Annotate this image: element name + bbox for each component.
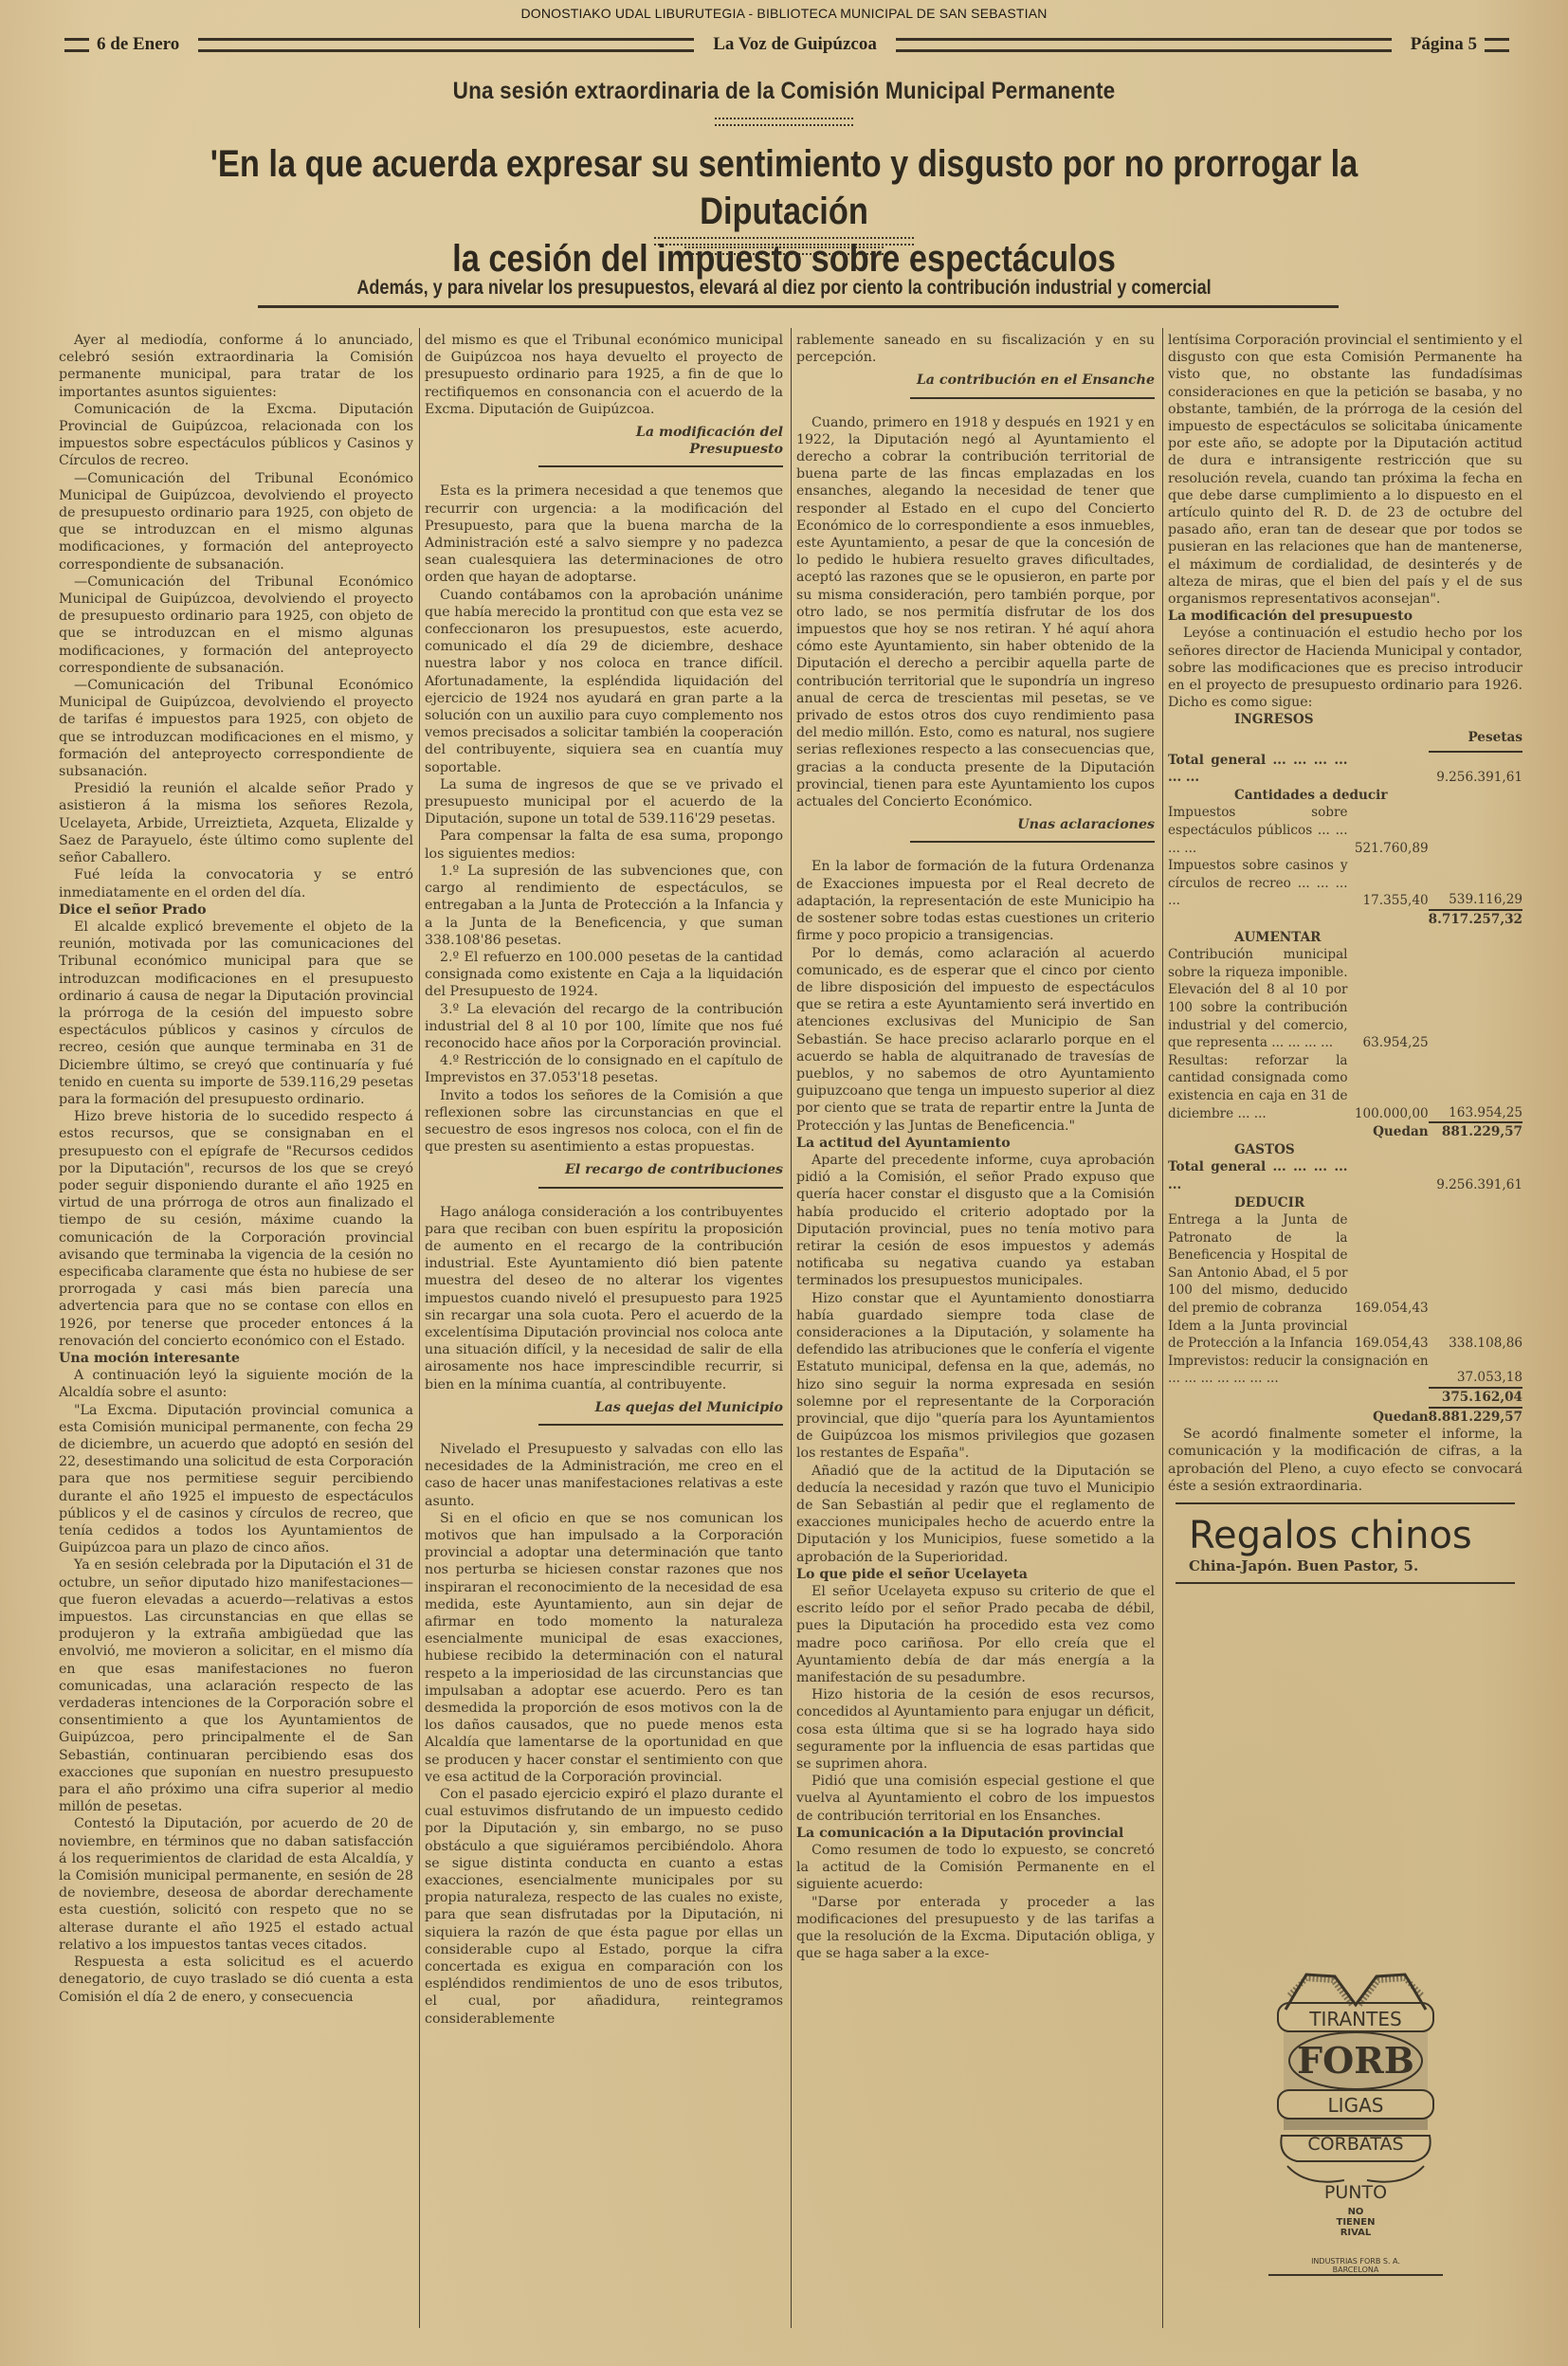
budget-total-value: 8.717.257,32 <box>1429 910 1522 929</box>
subheadline: Además, y para nivelar los presupuestos,… <box>110 277 1458 300</box>
section-heading: Dice el señor Prado <box>59 901 413 919</box>
forb-advertisement: TIRANTES FORB LIGAS CORBATAS <box>1268 1967 1443 2190</box>
budget-row-total <box>1429 804 1522 857</box>
budget-row-label: Imprevistos: reducir la consignación en … <box>1168 1353 1429 1388</box>
paragraph: Respuesta a esta solicitud es el acuerdo… <box>59 1954 413 2006</box>
paragraph: Ya en sesión celebrada por la Diputación… <box>59 1556 413 1815</box>
paragraph: Pidió que una comisión especial gestione… <box>796 1773 1155 1825</box>
kicker-headline: Una sesión extraordinaria de la Comisión… <box>79 78 1490 105</box>
paragraph: rablemente saneado en su fiscalización y… <box>796 332 1155 366</box>
budget-row-total: 338.108,86 <box>1429 1318 1522 1353</box>
svg-text:TIRANTES: TIRANTES <box>1308 2008 1401 2030</box>
budget-row-partial <box>1348 752 1429 787</box>
budget-total-label: Quedan <box>1348 1122 1429 1141</box>
budget-currency-header: Pesetas <box>1168 729 1522 752</box>
paragraph: Añadió que de la actitud de la Diputació… <box>796 1463 1155 1566</box>
italic-subheading: La modificación del Presupuesto <box>538 424 783 467</box>
paragraph: Ayer al mediodía, conforme á lo anunciad… <box>59 332 413 401</box>
forb-slogan-line: NO <box>1268 2207 1443 2217</box>
paragraph: Fué leída la convocatoria y se entró inm… <box>59 866 413 901</box>
budget-row: Total general ... ... ... ... ... ...9.2… <box>1168 752 1522 787</box>
paragraph: 2.º El refuerzo en 100.000 pesetas de la… <box>425 949 783 1001</box>
paragraph: En la labor de formación de la futura Or… <box>796 858 1155 944</box>
budget-row: Idem a la Junta provincial de Protección… <box>1168 1318 1522 1353</box>
article-column-3: rablemente saneado en su fiscalización y… <box>796 332 1155 1962</box>
section-heading: La actitud del Ayuntamiento <box>796 1135 1155 1152</box>
budget-table: INGRESOSPesetasTotal general ... ... ...… <box>1168 711 1522 1426</box>
paragraph: Como resumen de todo lo expuesto, se con… <box>796 1842 1155 1894</box>
paragraph: Invito a todos los señores de la Comisió… <box>425 1087 783 1156</box>
article-column-4: lentísima Corporación provincial el sent… <box>1168 332 1522 1592</box>
paragraph: Presidió la reunión el alcalde señor Pra… <box>59 780 413 866</box>
italic-subheading: Las quejas del Municipio <box>538 1399 783 1426</box>
budget-total-value: 881.229,57 <box>1429 1122 1522 1141</box>
subheadline-rule <box>258 305 1339 308</box>
paragraph: Nivelado el Presupuesto y salvadas con e… <box>425 1441 783 1510</box>
budget-section-label: DEDUCIR <box>1168 1194 1522 1212</box>
ornament-divider <box>684 246 884 255</box>
paragraph: El señor Ucelayeta expuso su criterio de… <box>796 1583 1155 1686</box>
paragraph: Leyóse a continuación el estudio hecho p… <box>1168 625 1522 711</box>
paragraph: Hago análoga consideración a los contrib… <box>425 1204 783 1393</box>
masthead-rule <box>1485 38 1509 52</box>
currency-label: Pesetas <box>1429 729 1522 752</box>
budget-section-heading: DEDUCIR <box>1168 1194 1522 1212</box>
paragraph: —Comunicación del Tribunal Económico Mun… <box>59 573 413 677</box>
paragraph: Para compensar la falta de esa suma, pro… <box>425 828 783 862</box>
paragraph: Esta es la primera necesidad a que tenem… <box>425 482 783 586</box>
budget-row-label: Resultas: reforzar la cantidad consignad… <box>1168 1052 1348 1122</box>
paragraph: Hizo constar que el Ayuntamiento donosti… <box>796 1290 1155 1463</box>
archive-banner: DONOSTIAKO UDAL LIBURUTEGIA - BIBLIOTECA… <box>0 6 1568 21</box>
budget-row-total: 163.954,25 <box>1429 1052 1522 1122</box>
forb-punto: PUNTO <box>1268 2182 1443 2203</box>
budget-total-row: 8.717.257,32 <box>1168 910 1522 929</box>
budget-row-label: Entrega a la Junta de Patronato de la Be… <box>1168 1211 1348 1318</box>
forb-city: BARCELONA <box>1268 2266 1443 2276</box>
svg-text:FORB: FORB <box>1297 2039 1414 2082</box>
forb-ad-footer: PUNTO NO TIENEN RIVAL INDUSTRIAS FORB S.… <box>1268 2182 1443 2276</box>
budget-total-label <box>1348 910 1429 929</box>
ad-regalos-address: China-Japón. Buen Pastor, 5. <box>1189 1557 1522 1574</box>
paragraph: Con el pasado ejercicio expiró el plazo … <box>425 1786 783 2028</box>
budget-row: Contribución municipal sobre la riqueza … <box>1168 946 1522 1052</box>
budget-row: Resultas: reforzar la cantidad consignad… <box>1168 1052 1522 1122</box>
ad-divider <box>1176 1582 1515 1584</box>
forb-maker: INDUSTRIAS FORB S. A. <box>1268 2257 1443 2266</box>
paragraph: La suma de ingresos de que se ve privado… <box>425 776 783 828</box>
budget-total-value: 8.881.229,57 <box>1429 1408 1522 1427</box>
budget-row: Total general ... ... ... ... ...9.256.3… <box>1168 1158 1522 1193</box>
ad-regalos-title: Regalos chinos <box>1189 1514 1522 1557</box>
ornament-divider <box>715 118 853 126</box>
main-headline: 'En la que acuerda expresar su sentimien… <box>142 140 1426 282</box>
budget-total-row: 375.162,04 <box>1168 1388 1522 1408</box>
paragraph: A continuación leyó la siguiente moción … <box>59 1367 413 1401</box>
paragraph: Cuando contábamos con la aprobación unán… <box>425 587 783 776</box>
svg-text:CORBATAS: CORBATAS <box>1307 2134 1403 2155</box>
section-heading: La modificación del presupuesto <box>1168 608 1522 625</box>
paragraph: Por lo demás, como aclaración al acuerdo… <box>796 945 1155 1135</box>
paragraph: Hizo breve historia de lo sucedido respe… <box>59 1108 413 1350</box>
forb-slogan-line: RIVAL <box>1268 2228 1443 2238</box>
paragraph: Hizo historia de la cesión de esos recur… <box>796 1686 1155 1773</box>
column-rule <box>419 328 420 2328</box>
budget-section-label: INGRESOS <box>1168 711 1522 729</box>
ornament-divider <box>654 237 914 246</box>
newspaper-name: La Voz de Guipúzcoa <box>713 34 877 55</box>
masthead: 6 de Enero La Voz de Guipúzcoa Página 5 <box>57 34 1517 55</box>
forb-slogan: NO TIENEN RIVAL <box>1268 2207 1443 2238</box>
budget-total-label <box>1348 1388 1429 1408</box>
budget-section-heading: INGRESOS <box>1168 711 1522 729</box>
budget-row-label: Total general ... ... ... ... ... ... <box>1168 752 1348 787</box>
headline-line-1: 'En la que acuerda expresar su sentimien… <box>142 140 1426 235</box>
budget-section-label: AUMENTAR <box>1168 929 1522 947</box>
italic-subheading: Unas aclaraciones <box>910 816 1155 843</box>
budget-row: Impuestos sobre espectáculos públicos ..… <box>1168 804 1522 857</box>
paragraph: lentísima Corporación provincial el sent… <box>1168 332 1522 608</box>
budget-row-total: 37.053,18 <box>1429 1353 1522 1388</box>
paragraph: —Comunicación del Tribunal Económico Mun… <box>59 677 413 780</box>
paragraph: Comunicación de la Excma. Diputación Pro… <box>59 401 413 470</box>
column-rule <box>1162 328 1163 2328</box>
paragraph: 4.º Restricción de lo consignado en el c… <box>425 1052 783 1086</box>
budget-row: Entrega a la Junta de Patronato de la Be… <box>1168 1211 1522 1318</box>
forb-slogan-line: TIENEN <box>1268 2217 1443 2228</box>
column-rule <box>791 328 792 2328</box>
paragraph: Cuando, primero en 1918 y después en 192… <box>796 414 1155 811</box>
budget-row: Impuestos sobre casinos y círculos de re… <box>1168 857 1522 910</box>
budget-row-label: Contribución municipal sobre la riqueza … <box>1168 946 1348 1052</box>
budget-row-partial: 169.054,43 <box>1348 1318 1429 1353</box>
svg-text:LIGAS: LIGAS <box>1328 2094 1384 2117</box>
budget-section-label: GASTOS <box>1168 1141 1522 1159</box>
masthead-rule <box>64 38 89 52</box>
budget-row-partial: 169.054,43 <box>1348 1211 1429 1318</box>
article-column-2: del mismo es que el Tribunal económico m… <box>425 332 783 2028</box>
budget-section-heading: Cantidades a deducir <box>1168 787 1522 805</box>
italic-subheading: La contribución en el Ensanche <box>910 372 1155 398</box>
paragraph: 3.º La elevación del recargo de la contr… <box>425 1001 783 1053</box>
budget-row-partial <box>1348 1158 1429 1193</box>
budget-row: Imprevistos: reducir la consignación en … <box>1168 1353 1522 1388</box>
budget-section-heading: AUMENTAR <box>1168 929 1522 947</box>
masthead-rule <box>198 38 694 52</box>
budget-row-total: 539.116,29 <box>1429 857 1522 910</box>
budget-total-value: 375.162,04 <box>1429 1388 1522 1408</box>
budget-row-partial: 17.355,40 <box>1348 857 1429 910</box>
section-heading: La comunicación a la Diputación provinci… <box>796 1825 1155 1842</box>
budget-row-label: Impuestos sobre casinos y círculos de re… <box>1168 857 1348 910</box>
budget-row-label: Impuestos sobre espectáculos públicos ..… <box>1168 804 1348 857</box>
paragraph: El alcalde explicó brevemente el objeto … <box>59 919 413 1108</box>
page-number: Página 5 <box>1411 34 1477 55</box>
closing-paragraph: Se acordó finalmente someter el informe,… <box>1168 1426 1522 1495</box>
budget-section-label: Cantidades a deducir <box>1168 787 1522 805</box>
section-heading: Lo que pide el señor Ucelayeta <box>796 1566 1155 1583</box>
budget-row-total <box>1429 1211 1522 1318</box>
budget-row-total: 9.256.391,61 <box>1429 1158 1522 1193</box>
budget-row-label: Total general ... ... ... ... ... <box>1168 1158 1348 1193</box>
paragraph: Contestó la Diputación, por acuerdo de 2… <box>59 1815 413 1954</box>
paragraph: Aparte del precedente informe, cuya apro… <box>796 1152 1155 1290</box>
budget-row-partial: 100.000,00 <box>1348 1052 1429 1122</box>
masthead-rule <box>896 38 1392 52</box>
budget-section-heading: GASTOS <box>1168 1141 1522 1159</box>
paragraph: 1.º La supresión de las subvenciones que… <box>425 863 783 949</box>
paragraph: "Darse por enterada y proceder a las mod… <box>796 1894 1155 1963</box>
budget-row-partial: 63.954,25 <box>1348 946 1429 1052</box>
column-4-text: lentísima Corporación provincial el sent… <box>1168 332 1522 711</box>
paragraph: Si en el oficio en que se nos comunican … <box>425 1510 783 1786</box>
paragraph: "La Excma. Diputación provincial comunic… <box>59 1402 413 1557</box>
budget-row-label: Idem a la Junta provincial de Protección… <box>1168 1318 1348 1353</box>
budget-row-total: 9.256.391,61 <box>1429 752 1522 787</box>
ad-divider <box>1176 1502 1515 1504</box>
italic-subheading: El recargo de contribuciones <box>538 1161 783 1188</box>
paragraph: del mismo es que el Tribunal económico m… <box>425 332 783 418</box>
section-heading: Una moción interesante <box>59 1350 413 1367</box>
budget-total-row: Quedan881.229,57 <box>1168 1122 1522 1141</box>
budget-row-total <box>1429 946 1522 1052</box>
budget-total-label: Quedan <box>1348 1408 1429 1427</box>
budget-total-row: Quedan8.881.229,57 <box>1168 1408 1522 1427</box>
issue-date: 6 de Enero <box>97 34 179 55</box>
budget-row-partial: 521.760,89 <box>1348 804 1429 857</box>
article-column-1: Ayer al mediodía, conforme á lo anunciad… <box>59 332 413 2006</box>
paragraph: —Comunicación del Tribunal Económico Mun… <box>59 470 413 573</box>
